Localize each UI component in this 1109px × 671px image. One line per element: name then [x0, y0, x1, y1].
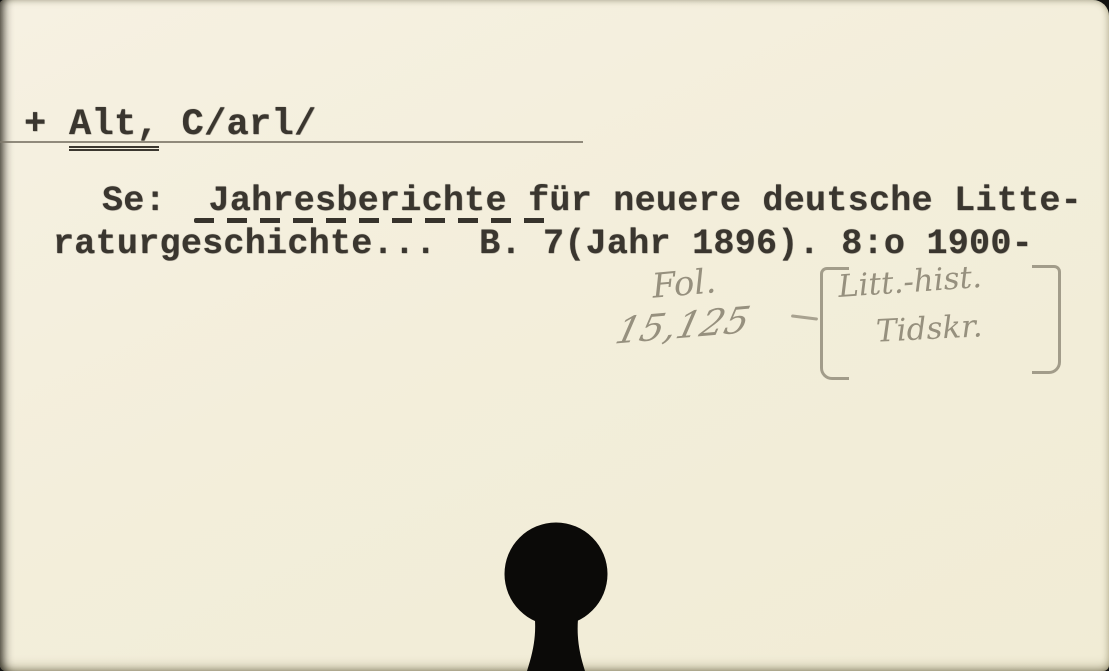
catalog-card: + Alt, C/arl/ Se: Jahresberichte für neu… [0, 0, 1109, 671]
heading-surname-underlined: Alt, [69, 106, 159, 151]
heading-entry: + Alt, C/arl/ [24, 106, 317, 151]
journal-title-start: Jahresberichte [209, 181, 507, 221]
shelf-number-handwritten: 15,125 [611, 298, 754, 352]
reference-line1-rest: für neuere deutsche Litte- [507, 181, 1082, 221]
keyhole-punch-hole [503, 521, 609, 671]
scanned-catalog-card-image: + Alt, C/arl/ Se: Jahresberichte für neu… [0, 0, 1109, 671]
pencil-bracket-right [1032, 265, 1061, 374]
format-note-handwritten: Fol. [650, 261, 717, 306]
title-dashed-underline [194, 218, 546, 223]
heading-forename: C/arl/ [159, 104, 317, 146]
punch-slot [527, 609, 585, 671]
see-reference-label: Se: [102, 181, 209, 221]
heading-plus-mark: + [24, 104, 69, 146]
reference-line-2: raturgeschichte... B. 7(Jahr 1896). 8:o … [53, 226, 1033, 263]
heading-rule-line [0, 141, 583, 143]
reference-line-1: Se: Jahresberichte für neuere deutsche L… [102, 183, 1082, 220]
journal-abbrev-line-2: Tidskr. [875, 308, 983, 350]
journal-abbrev-line-1: Litt.-hist. [837, 259, 983, 305]
pencil-tick-mark [791, 314, 818, 320]
